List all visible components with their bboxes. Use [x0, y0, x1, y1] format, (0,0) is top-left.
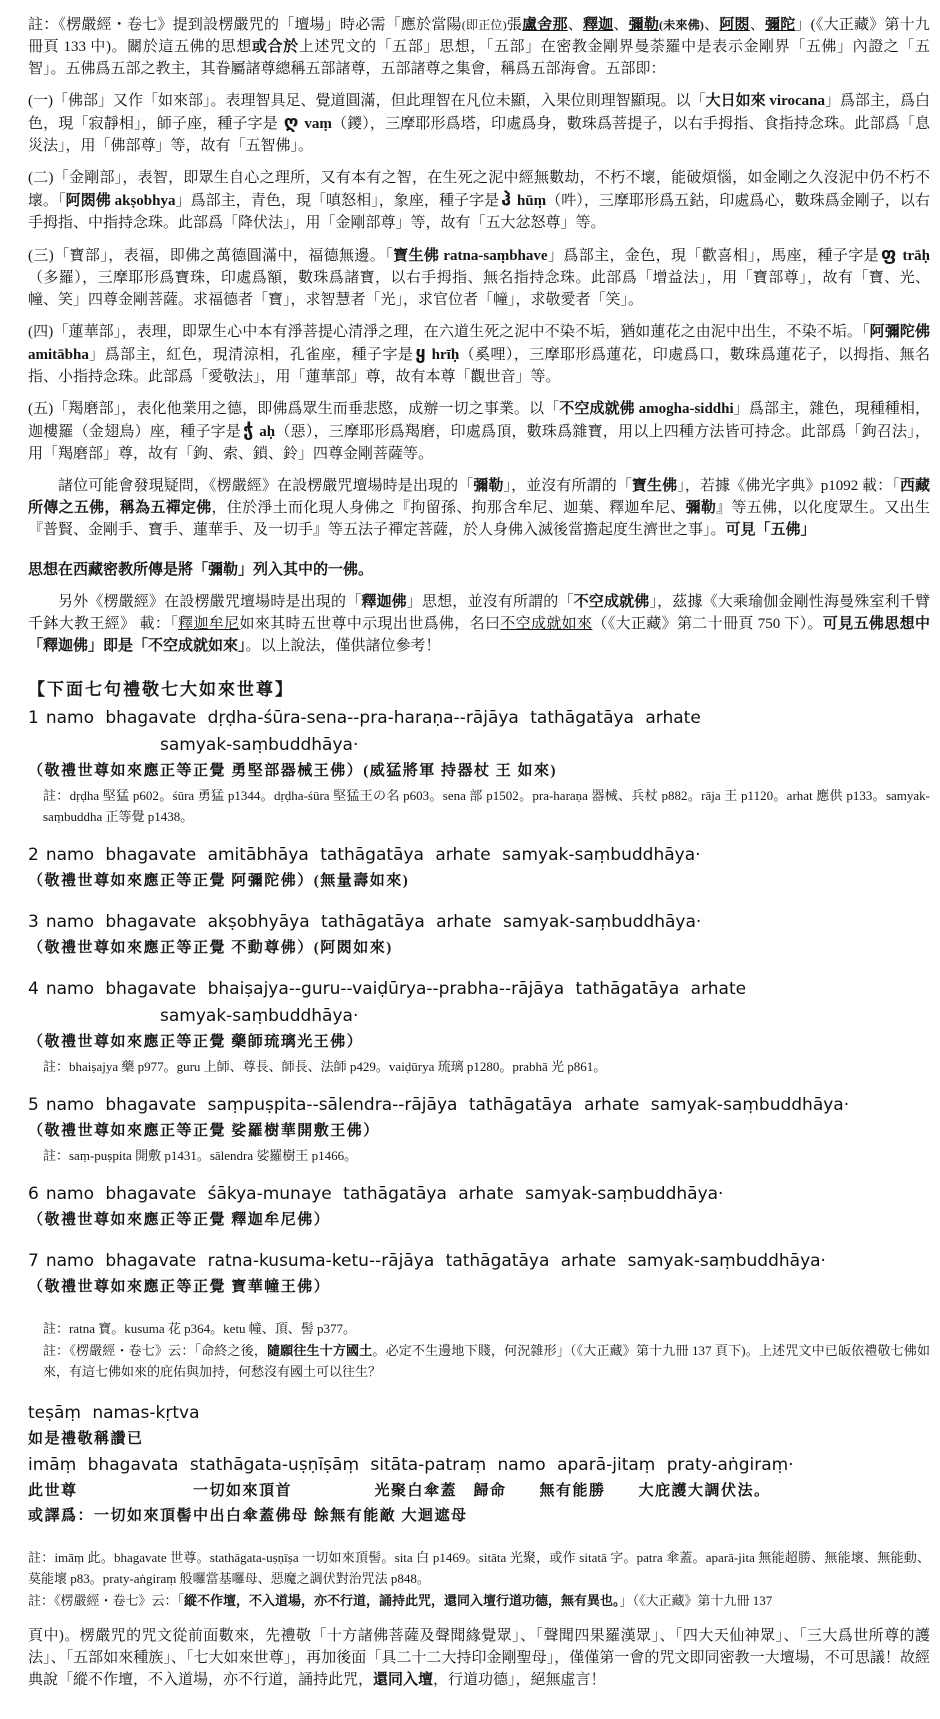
chinese-gloss: （敬禮世尊如來應正等正覺 藥師琉璃光王佛） — [28, 1030, 930, 1055]
dictionary-note: 註：dṛḍha 堅猛 p602。śūra 勇猛 p1344。dṛḍha-śūra… — [28, 785, 930, 827]
mantra-line: teṣāṃ namas-kṛtva — [28, 1400, 930, 1427]
siddham-hum-seed-icon: ჰ — [499, 189, 513, 210]
text-segment: 註：《楞嚴經・卷七》云：「 — [28, 1593, 184, 1608]
discussion-bold-conclusion-line: 思想在西藏密教所傳是將「彌勒」列入其中的一佛。 — [28, 559, 930, 581]
text-segment: 」爲部主，金色，現「歡喜相」，馬座，種子字是 — [548, 248, 879, 264]
item-number: 4 — [28, 976, 39, 1003]
mantra-text: namo bhagavate ratna-kusuma-ketu--rājāya… — [46, 1251, 826, 1271]
discussion-shakyamuni-paragraph: 另外《楞嚴經》在設楞嚴咒壇場時是出現的「釋迦佛」思想，並沒有所謂的「不空成就佛」… — [28, 591, 930, 657]
text-segment: 」（《大正藏》第十九冊 137 — [620, 1593, 773, 1608]
mantra-text: namo bhagavate dṛḍha-śūra-sena--pra-hara… — [46, 708, 701, 728]
aligned-chinese-gloss: 此世尊 一切如來頂首 光聚白傘蓋 歸命 無有能勝 大庇護大調伏法。 — [28, 1479, 930, 1504]
text-segment: (一)「佛部」又作「如來部」。表理智具足、覺道圓滿，但此理智在凡位未顯，入果位則… — [28, 93, 706, 109]
mantra-continuation: samyak-saṃbuddhāya· — [28, 732, 930, 759]
division-5-karma-section: (五)「羯磨部」，表化他業用之德，即佛爲眾生而垂悲愍，成辦一切之事業。以「不空成… — [28, 398, 930, 465]
text-segment: 阿閦 — [719, 17, 749, 33]
text-segment: 不空成就如來 — [500, 616, 592, 632]
text-segment: 註：《楞嚴經・卷七》云：「命終之後， — [43, 1343, 267, 1358]
siddham-hrih-seed-icon: ყ — [413, 343, 427, 364]
chinese-gloss: （敬禮世尊如來應正等正覺 不動尊佛）(阿閦如來) — [28, 936, 930, 961]
text-segment: 大日如來 virocana — [706, 93, 825, 109]
no-altar-sutra-note: 註：《楞嚴經・卷七》云：「縱不作壇，不入道場，亦不行道，誦持此咒，還同入壇行道功… — [28, 1590, 930, 1611]
text-segment: 釋迦 — [583, 17, 613, 33]
division-4-padma-section: (四)「蓮華部」，表理，即眾生心中本有淨菩提心清淨之理，在六道生死之泥中不染不垢… — [28, 321, 930, 388]
homage-section-header: 【下面七句禮敬七大如來世尊】 — [28, 677, 930, 703]
text-segment: 不空成就佛 amogha-siddhi — [559, 401, 733, 417]
division-3-ratna-section: (三)「寶部」，表福，即佛之萬德圓滿中，福德無邊。「寶生佛 ratna-saṃb… — [28, 244, 930, 311]
item-number: 5 — [28, 1092, 39, 1119]
chinese-gloss: （敬禮世尊如來應正等正覺 勇堅部器械王佛）(威猛將軍 持器杖 王 如來) — [28, 759, 930, 784]
siddham-ah-seed-icon: ჭ — [241, 420, 255, 441]
chinese-gloss: （敬禮世尊如來應正等正覺 阿彌陀佛）(無量壽如來) — [28, 869, 930, 894]
dictionary-note: 註：saṃ-puṣpita 開敷 p1431。sālendra 娑羅樹王 p14… — [28, 1145, 930, 1166]
text-segment: (三)「寶部」，表福，即佛之萬德圓滿中，福德無邊。「 — [28, 248, 393, 264]
division-1-buddha-section: (一)「佛部」又作「如來部」。表理智具足、覺道圓滿，但此理智在凡位未顯，入果位則… — [28, 90, 930, 157]
text-segment: 」爲部主，青色，現「嗔怒相」，象座，種子字是 — [175, 193, 499, 209]
mantra-text: namo bhagavate saṃpuṣpita--sālendra--rāj… — [46, 1095, 849, 1115]
chinese-gloss: （敬禮世尊如來應正等正覺 釋迦牟尼佛） — [28, 1208, 930, 1233]
chinese-gloss: （敬禮世尊如來應正等正覺 寶華幢王佛） — [28, 1275, 930, 1300]
text-segment: 釋迦佛 — [361, 594, 407, 610]
item-number: 2 — [28, 842, 39, 869]
homage-item-3: 3namo bhagavate akṣobhyāya tathāgatāya a… — [28, 909, 930, 961]
rebirth-sutra-note: 註：《楞嚴經・卷七》云：「命終之後，隨願往生十方國土。必定不生邊地下賤，何況雜形… — [28, 1340, 930, 1382]
dictionary-note: 註：bhaiṣajya 藥 p977。guru 上師、尊長、師長、法師 p429… — [28, 1056, 930, 1077]
text-segment: 或合於 — [252, 39, 299, 55]
homage-item-1: 1namo bhagavate dṛḍha-śūra-sena--pra-har… — [28, 705, 930, 827]
alternative-translation-line: 或譯爲：一切如來頂髻中出白傘蓋佛母 餘無有能敵 大迴遮母 — [28, 1504, 930, 1529]
text-segment: （《大正藏》第二十冊頁 750 下）。 — [592, 616, 823, 632]
text-segment: 」，並沒有所謂的「 — [504, 478, 632, 494]
text-segment: 張 — [507, 17, 522, 33]
text-segment: aḥ — [255, 424, 275, 440]
text-segment: 可見「五佛」 — [726, 522, 816, 538]
text-segment: 彌陀 — [765, 17, 795, 33]
text-segment: 阿閦佛 akṣobhya — [66, 193, 176, 209]
homage-item-7: 7namo bhagavate ratna-kusuma-ketu--rājāy… — [28, 1248, 930, 1300]
mantra-line: 3namo bhagavate akṣobhyāya tathāgatāya a… — [28, 909, 930, 936]
siddham-trah-seed-icon: ფ — [879, 244, 898, 265]
text-segment: 寶生佛 ratna-saṃbhave — [393, 248, 547, 264]
tesam-mantra-block: teṣāṃ namas-kṛtva 如是禮敬稱讚已 imāṃ bhagavata… — [28, 1400, 930, 1529]
item-number: 3 — [28, 909, 39, 936]
text-segment: 、 — [750, 17, 765, 33]
text-segment: 一切如來頂髻中出白傘蓋佛母 餘無有能敵 大迴遮母 — [94, 1508, 468, 1524]
mantra-text: namo bhagavate amitābhāya tathāgatāya ar… — [46, 845, 701, 865]
mantra-text: namo bhagavate śākya-munaye tathāgatāya … — [46, 1184, 724, 1204]
mantra-text: namo bhagavate akṣobhyāya tathāgatāya ar… — [46, 912, 702, 932]
discussion-maitreya-paragraph: 諸位可能會發現疑問，《楞嚴經》在設楞嚴咒壇場時是出現的「彌勒」，並沒有所謂的「寶… — [28, 475, 930, 541]
homage-item-6: 6namo bhagavate śākya-munaye tathāgatāya… — [28, 1181, 930, 1233]
mantra-line: 6namo bhagavate śākya-munaye tathāgatāya… — [28, 1181, 930, 1208]
mantra-line: 1namo bhagavate dṛḍha-śūra-sena--pra-har… — [28, 705, 930, 732]
item-number: 1 — [28, 705, 39, 732]
text-segment: (即正位) — [462, 18, 507, 32]
mantra-continuation: samyak-saṃbuddhāya· — [28, 1003, 930, 1030]
intro-note-paragraph: 註：《楞嚴經・卷七》提到設楞嚴咒的「壇場」時必需「應於當陽(即正位)張盧舍那、釋… — [28, 14, 930, 80]
text-segment: 」，若據《佛光字典》p1092 載：「 — [677, 478, 900, 494]
mantra-line: 2namo bhagavate amitābhāya tathāgatāya a… — [28, 842, 930, 869]
mantra-line: 7namo bhagavate ratna-kusuma-ketu--rājāy… — [28, 1248, 930, 1275]
closing-paragraph: 頁中)。楞嚴咒的咒文從前面數來，先禮敬「十方諸佛菩薩及聲聞緣覺眾」、「聲聞四果羅… — [28, 1625, 930, 1691]
text-segment: ，住於淨土而化現人身佛之『拘留孫、拘那含牟尼、迦葉、釋迦牟尼、 — [212, 500, 686, 516]
text-segment: 思想在西藏密教所傳是將「彌勒」列入其中的一佛。 — [28, 562, 373, 578]
text-segment: 寶生佛 — [632, 478, 677, 494]
text-segment: 彌勒 — [473, 478, 503, 494]
mantra-line: 4namo bhagavate bhaiṣajya--guru--vaiḍūry… — [28, 976, 930, 1003]
division-2-vajra-section: (二)「金剛部」，表智，即眾生自心之理所，又有本有之智，在生死之泥中經無數劫，不… — [28, 167, 930, 234]
homage-item-4: 4namo bhagavate bhaiṣajya--guru--vaiḍūry… — [28, 976, 930, 1077]
text-segment: (四)「蓮華部」，表理，即眾生心中本有淨菩提心清淨之理，在六道生死之泥中不染不垢… — [28, 324, 870, 340]
text-segment: 、 — [568, 17, 583, 33]
text-segment: 盧舍那 — [522, 17, 568, 33]
text-segment: 」爲部主，紅色，現清涼相，孔雀座，種子字是 — [89, 347, 413, 363]
mantra-line: 5namo bhagavate saṃpuṣpita--sālendra--rā… — [28, 1092, 930, 1119]
text-segment: trāḥ — [898, 248, 930, 264]
text-segment: (五)「羯磨部」，表化他業用之德，即佛爲眾生而垂悲愍，成辦一切之事業。以「 — [28, 401, 559, 417]
text-segment: 隨願往生十方國土 — [267, 1343, 372, 1358]
chinese-gloss: 如是禮敬稱讚已 — [28, 1427, 930, 1452]
text-segment: 如來其時五世尊中示現出世爲佛，名曰 — [239, 616, 500, 632]
homage-item-2: 2namo bhagavate amitābhāya tathāgatāya a… — [28, 842, 930, 894]
siddham-vam-seed-icon: ღ — [282, 112, 301, 133]
text-segment: vaṃ — [300, 116, 331, 132]
text-segment: hūṃ — [513, 193, 546, 209]
text-segment: ，行道功德」，絕無虛言！ — [433, 1672, 606, 1688]
text-segment: 不空成就佛 — [574, 594, 650, 610]
text-segment: 釋迦牟尼 — [178, 616, 239, 632]
text-segment: （多羅），三摩耶形爲寶珠，印處爲額，數珠爲諸寶，以右手拇指、無名指持念珠。此部爲… — [28, 270, 930, 308]
text-segment: 、 — [613, 17, 628, 33]
text-segment: 」思想，並沒有所謂的「 — [407, 594, 574, 610]
text-segment: 另外《楞嚴經》在設楞嚴咒壇場時是出現的「 — [58, 594, 361, 610]
mantra-text: namo bhagavate bhaiṣajya--guru--vaiḍūrya… — [46, 979, 746, 999]
chinese-gloss: （敬禮世尊如來應正等正覺 娑羅樹華開敷王佛） — [28, 1119, 930, 1144]
text-segment: 彌勒 — [686, 500, 717, 516]
text-segment: 彌勒 — [629, 17, 659, 33]
item-number: 6 — [28, 1181, 39, 1208]
text-segment: 或譯爲： — [28, 1508, 94, 1524]
sitatapatra-dictionary-note: 註：imāṃ 此。bhagavate 世尊。stathāgata-uṣṇīṣa … — [28, 1547, 930, 1589]
text-segment: 還同入壇 — [373, 1672, 433, 1688]
text-segment: 註：《楞嚴經・卷七》提到設楞嚴咒的「壇場」時必需「應於當陽 — [28, 17, 462, 33]
item-number: 7 — [28, 1248, 39, 1275]
text-segment: (未來佛) — [659, 18, 704, 32]
text-segment: 諸位可能會發現疑問，《楞嚴經》在設楞嚴咒壇場時是出現的「 — [58, 478, 473, 494]
scanned-document-page: 註：《楞嚴經・卷七》提到設楞嚴咒的「壇場」時必需「應於當陽(即正位)張盧舍那、釋… — [0, 0, 940, 1719]
text-segment: 。以上說法，僅供諸位參考！ — [246, 638, 441, 654]
text-segment: hrīḥ — [427, 347, 459, 363]
text-segment: 、 — [704, 17, 719, 33]
homage-item-5: 5namo bhagavate saṃpuṣpita--sālendra--rā… — [28, 1092, 930, 1166]
ratna-kusuma-note: 註：ratna 寶。kusuma 花 p364。ketu 幢、頂、髻 p377。 — [28, 1318, 930, 1339]
mantra-line: imāṃ bhagavata stathāgata-uṣṇīṣāṃ sitāta… — [28, 1452, 930, 1479]
text-segment: 縱不作壇，不入道場，亦不行道，誦持此咒，還同入壇行道功德，無有異也。 — [184, 1593, 620, 1608]
